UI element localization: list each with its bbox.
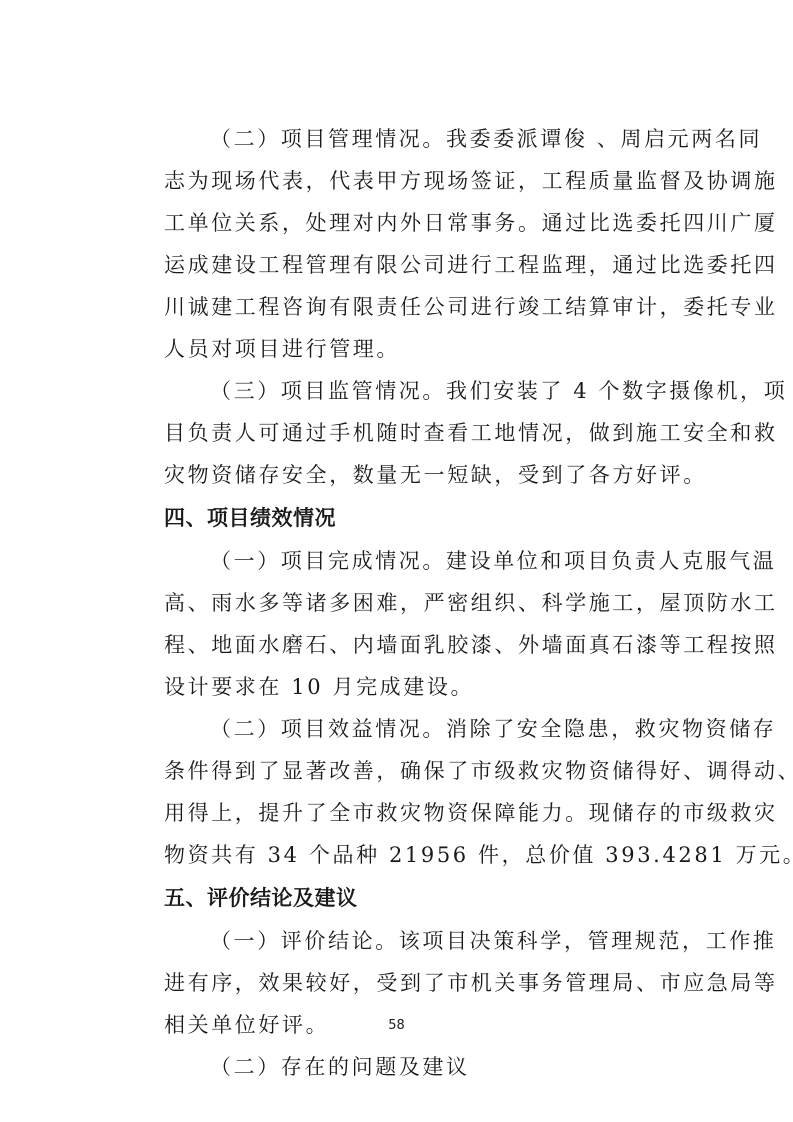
text-line: （一）项目完成情况。建设单位和项目负责人克服气温 — [118, 540, 678, 582]
text-line: （二）项目效益情况。消除了安全隐患，救灾物资储存 — [118, 708, 678, 750]
text-line: 目负责人可通过手机随时查看工地情况，做到施工安全和救 — [118, 412, 678, 454]
text-line: 川诚建工程咨询有限责任公司进行竣工结算审计，委托专业 — [118, 286, 678, 328]
text-line: 物资共有 34 个品种 21956 件，总价值 393.4281 万元。 — [118, 834, 678, 876]
section-heading-conclusion: 五、评价结论及建议 — [118, 876, 678, 920]
section-heading-performance: 四、项目绩效情况 — [118, 496, 678, 540]
text-line: 运成建设工程管理有限公司进行工程监理，通过比选委托四 — [118, 244, 678, 286]
paragraph-issues-suggestions: （二）存在的问题及建议 — [118, 1046, 678, 1088]
text-line: （二）项目管理情况。我委委派谭俊 、周启元两名同 — [118, 118, 678, 160]
text-line: 灾物资储存安全，数量无一短缺，受到了各方好评。 — [118, 454, 678, 496]
text-line: （三）项目监管情况。我们安装了 4 个数字摄像机，项 — [118, 370, 678, 412]
text-line: 用得上，提升了全市救灾物资保障能力。现储存的市级救灾 — [118, 792, 678, 834]
text-line: 高、雨水多等诸多困难，严密组织、科学施工，屋顶防水工 — [118, 582, 678, 624]
paragraph-project-completion: （一）项目完成情况。建设单位和项目负责人克服气温 高、雨水多等诸多困难，严密组织… — [118, 540, 678, 708]
text-line: 工单位关系，处理对内外日常事务。通过比选委托四川广厦 — [118, 202, 678, 244]
paragraph-project-management: （二）项目管理情况。我委委派谭俊 、周启元两名同 志为现场代表，代表甲方现场签证… — [118, 118, 678, 370]
text-line: 设计要求在 10 月完成建设。 — [118, 666, 678, 708]
text-line: （二）存在的问题及建议 — [118, 1046, 678, 1088]
text-line: 志为现场代表，代表甲方现场签证，工程质量监督及协调施 — [118, 160, 678, 202]
text-line: 程、地面水磨石、内墙面乳胶漆、外墙面真石漆等工程按照 — [118, 624, 678, 666]
text-line: 条件得到了显著改善，确保了市级救灾物资储得好、调得动、 — [118, 750, 678, 792]
text-line: 人员对项目进行管理。 — [118, 328, 678, 370]
text-line: 进有序，效果较好，受到了市机关事务管理局、市应急局等 — [118, 962, 678, 1004]
document-page: （二）项目管理情况。我委委派谭俊 、周启元两名同 志为现场代表，代表甲方现场签证… — [118, 118, 678, 1088]
text-line: （一）评价结论。该项目决策科学，管理规范，工作推 — [118, 920, 678, 962]
paragraph-project-supervision: （三）项目监管情况。我们安装了 4 个数字摄像机，项 目负责人可通过手机随时查看… — [118, 370, 678, 496]
paragraph-project-benefits: （二）项目效益情况。消除了安全隐患，救灾物资储存 条件得到了显著改善，确保了市级… — [118, 708, 678, 876]
page-number: 58 — [0, 1018, 793, 1033]
